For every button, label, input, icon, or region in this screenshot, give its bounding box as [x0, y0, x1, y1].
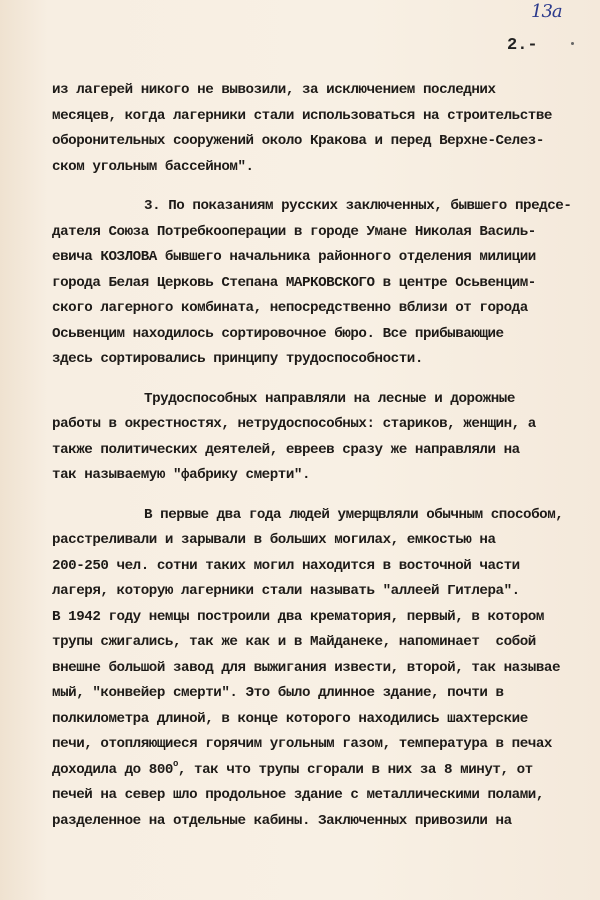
text-line: лагеря, которую лагерники стали называть… [52, 579, 600, 605]
text-line: евича КОЗЛОВА бывшего начальника районно… [52, 245, 600, 271]
paragraph-gap [52, 180, 600, 194]
text-line: полкилометра длиной, в конце которого на… [52, 707, 600, 733]
text-line: 200-250 чел. сотни таких могил находится… [52, 554, 600, 580]
text-line: оборонительных сооружений около Кракова … [52, 129, 600, 155]
text-line: так называемую "фабрику смерти". [52, 463, 600, 489]
paragraph-gap [52, 489, 600, 503]
text-line: ского лагерного комбината, непосредствен… [52, 296, 600, 322]
text-line: В 1942 году немцы построили два крематор… [52, 605, 600, 631]
text-line: Трудоспособных направляли на лесные и до… [52, 387, 600, 413]
text-line: работы в окрестностях, нетрудоспособных:… [52, 412, 600, 438]
document-body: из лагерей никого не вывозили, за исключ… [52, 78, 600, 834]
text-line: Осьвенцим находилось сортировочное бюро.… [52, 322, 600, 348]
text-line: печей на север шло продольное здание с м… [52, 783, 600, 809]
handwritten-page-mark: 13а [531, 1, 562, 22]
text-line: здесь сортировались принципу трудоспособ… [52, 347, 600, 373]
text-line: расстреливали и зарывали в больших могил… [52, 528, 600, 554]
degree-superscript: о [173, 759, 178, 769]
text-line: месяцев, когда лагерники стали использов… [52, 104, 600, 130]
text-line: 3. По показаниям русских заключенных, бы… [52, 194, 600, 220]
text-line: ском угольным бассейном". [52, 155, 600, 181]
text-line: внешне большой завод для выжигания извес… [52, 656, 600, 682]
text-line: также политических деятелей, евреев сраз… [52, 438, 600, 464]
text-line: из лагерей никого не вывозили, за исключ… [52, 78, 600, 104]
text-line: дателя Союза Потребкооперации в городе У… [52, 220, 600, 246]
text-line: В первые два года людей умерщвляли обычн… [52, 503, 600, 529]
paragraph-gap [52, 373, 600, 387]
text-line: трупы сжигались, так же как и в Майданек… [52, 630, 600, 656]
text-line: города Белая Церковь Степана МАРКОВСКОГО… [52, 271, 600, 297]
paper-speck [571, 42, 574, 45]
text-line: доходила до 800о, так что трупы сгорали … [52, 758, 600, 784]
text-line: разделенное на отдельные кабины. Заключе… [52, 809, 600, 835]
text-line: мый, "конвейер смерти". Это было длинное… [52, 681, 600, 707]
page-number: 2.- [507, 36, 538, 55]
document-page: 13а 2.- из лагерей никого не вывозили, з… [0, 0, 600, 900]
text-line: печи, отопляющиеся горячим угольным газо… [52, 732, 600, 758]
